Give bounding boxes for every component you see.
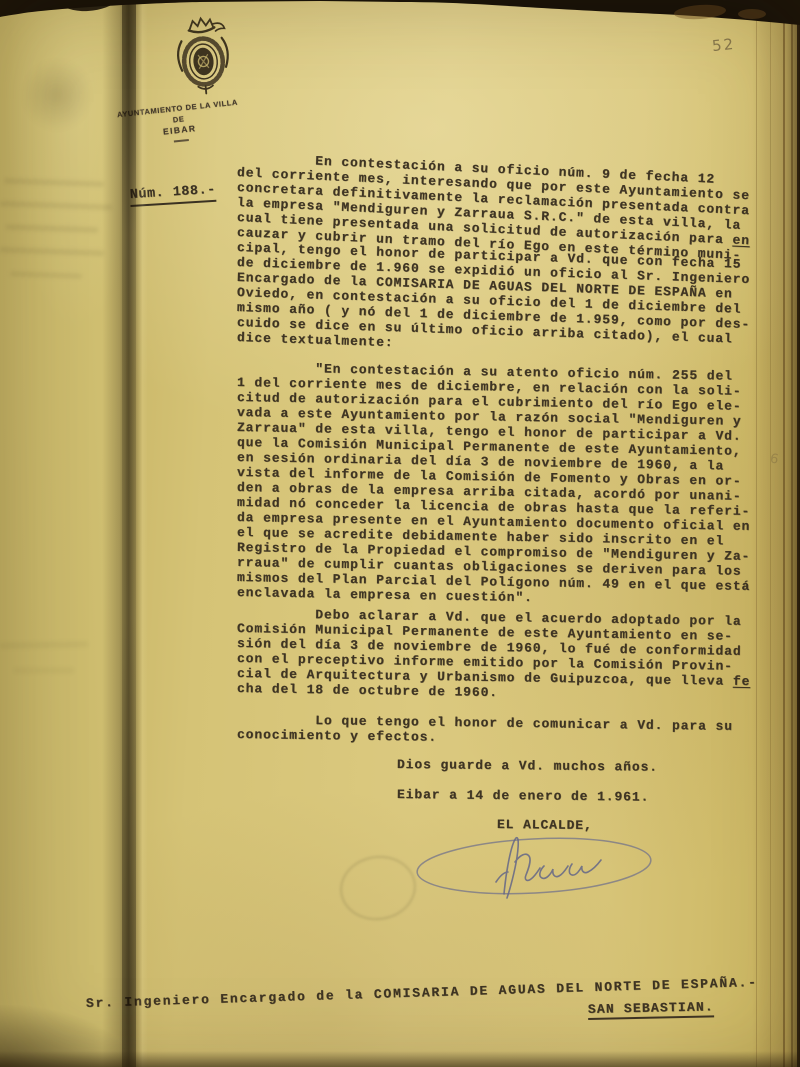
letterhead-city: EIBAR [163, 124, 197, 136]
showthrough-line [0, 201, 112, 210]
scanned-letter-page: AYUNTAMIENTO DE LA VILLA DE EIBAR Núm. 1… [0, 0, 800, 1067]
letter-paragraph-4: Lo que tengo el honor de comunicar a Vd.… [237, 712, 733, 742]
footer-city: SAN SEBASTIAN. [588, 999, 714, 1020]
showthrough-line [4, 178, 104, 186]
showthrough-line [14, 668, 74, 673]
dateline: Eibar a 14 de enero de 1.961. [397, 787, 649, 805]
letter-paragraph-1: En contestación a su oficio núm. 9 de fe… [237, 150, 750, 345]
showthrough-line [6, 224, 98, 232]
facing-page [0, 0, 128, 1067]
showthrough-line [0, 247, 104, 256]
showthrough-line [0, 641, 88, 649]
letter-paragraph-3: Debo aclarar a Vd. que el acuerdo adopta… [237, 606, 750, 696]
valediction: Dios guarde a Vd. muchos años. [397, 757, 658, 775]
letterhead-de: DE [172, 114, 185, 124]
showthrough-line [10, 272, 82, 279]
coat-of-arms-icon [167, 12, 240, 99]
showthrough-crest [24, 56, 90, 134]
signature-icon [408, 828, 660, 908]
letter-paragraph-2: "En contestación a su atento oficio núm.… [237, 360, 750, 600]
pencil-page-number: 52 [711, 35, 736, 55]
